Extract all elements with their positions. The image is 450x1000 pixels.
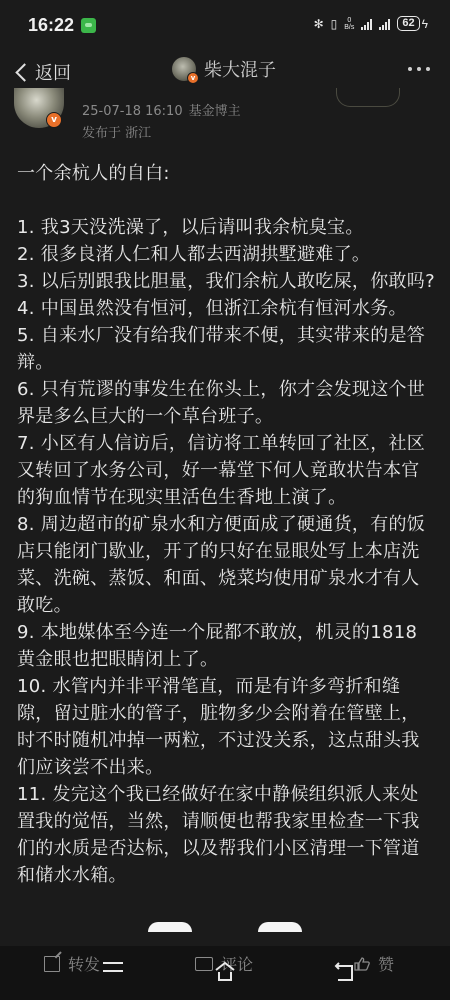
system-nav-bar — [0, 952, 450, 992]
post-meta: 25-07-18 16:10基金博主 — [82, 100, 241, 119]
post-location: 发布于 浙江 — [82, 122, 151, 141]
post-item: 11. 发完这个我已经做好在家中静候组织派人来处置我的觉悟，当然，请顺便也帮我家… — [17, 781, 435, 889]
back-button[interactable]: 返回 — [14, 59, 71, 85]
signal-icon — [361, 18, 372, 30]
verified-badge-icon: v — [46, 112, 62, 128]
wechat-notification-icon — [81, 18, 96, 33]
status-time: 16:22 — [28, 15, 74, 36]
post-item: 9. 本地媒体至今连一个屁都不敢放，机灵的1818黄金眼也把眼睛闭上了。 — [17, 619, 435, 673]
author-avatar[interactable]: v — [14, 88, 64, 128]
avatar[interactable]: v — [172, 57, 196, 81]
charging-icon: ϟ — [422, 17, 428, 31]
verified-badge-icon: v — [187, 72, 199, 84]
net-speed-unit: B/s — [344, 24, 354, 31]
status-bar: 16:22 ✻ ▯ 0B/s 62 ϟ — [0, 0, 450, 50]
image-thumb-edge[interactable] — [258, 922, 302, 932]
follow-button[interactable] — [336, 88, 400, 107]
top-nav: 返回 v 柴大混子 — [0, 52, 450, 92]
author-tag: 基金博主 — [189, 104, 241, 119]
post-item: 5. 自来水厂没有给我们带来不便，其实带来的是答辩。 — [17, 322, 435, 376]
post-item: 4. 中国虽然没有恒河，但浙江余杭有恒河水务。 — [17, 295, 435, 322]
nav-username: 柴大混子 — [204, 56, 276, 82]
post-item: 8. 周边超市的矿泉水和方便面成了硬通货，有的饭店只能闭门歇业，开了的只好在显眼… — [17, 511, 435, 619]
post-item: 10. 水管内并非平滑笔直，而是有许多弯折和缝隙，留过脏水的管子，脏物多少会附着… — [17, 673, 435, 781]
status-icons: ✻ ▯ 0B/s 62 ϟ — [314, 16, 428, 31]
post-timestamp: 25-07-18 16:10 — [82, 104, 183, 119]
net-speed-value: 0 — [347, 17, 351, 24]
chevron-left-icon — [15, 63, 33, 81]
post-item: 3. 以后别跟我比胆量，我们余杭人敢吃屎，你敢吗? — [17, 268, 435, 295]
post-header: v 25-07-18 16:10基金博主 发布于 浙江 — [0, 92, 450, 132]
vibrate-icon: ▯ — [331, 17, 338, 31]
post-content: 一个余杭人的自白: 1. 我3天没洗澡了，以后请叫我余杭臭宝。 2. 很多良渚人… — [17, 160, 435, 889]
image-preview-edge — [0, 922, 450, 942]
signal-icon — [379, 18, 390, 30]
post-title: 一个余杭人的自白: — [17, 160, 435, 187]
image-thumb-edge[interactable] — [148, 922, 192, 932]
home-button[interactable] — [213, 960, 237, 984]
post-item: 7. 小区有人信访后，信访将工单转回了社区，社区又转回了水务公司，好一幕堂下何人… — [17, 430, 435, 511]
post-item: 2. 很多良渚人仁和人都去西湖拱墅避难了。 — [17, 241, 435, 268]
nav-user[interactable]: v 柴大混子 — [172, 56, 276, 82]
battery-icon: 62 — [397, 16, 419, 31]
back-nav-button[interactable] — [334, 960, 356, 984]
recent-apps-button[interactable] — [103, 962, 123, 978]
net-speed: 0B/s — [344, 17, 354, 31]
post-item: 1. 我3天没洗澡了，以后请叫我余杭臭宝。 — [17, 214, 435, 241]
back-label: 返回 — [35, 59, 71, 85]
bluetooth-icon: ✻ — [314, 17, 324, 31]
more-icon[interactable] — [408, 67, 430, 71]
post-item: 6. 只有荒谬的事发生在你头上，你才会发现这个世界是多么巨大的一个草台班子。 — [17, 376, 435, 430]
